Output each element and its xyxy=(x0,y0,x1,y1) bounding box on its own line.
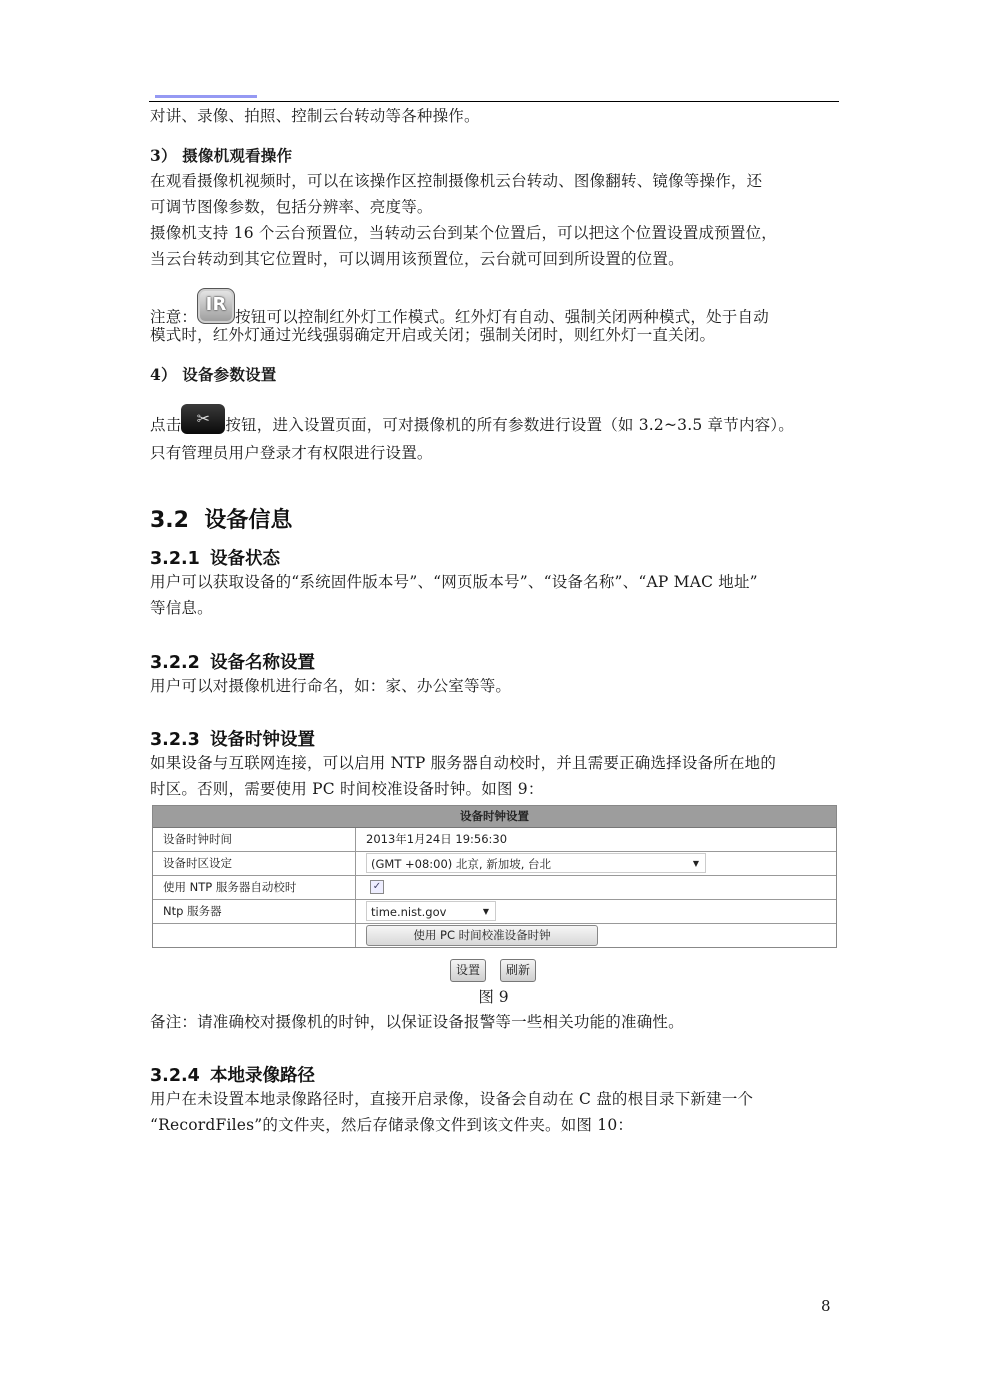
dropdown-arrow-icon: ▼ xyxy=(693,854,699,874)
set-button[interactable]: 设置 xyxy=(450,959,486,982)
section-3-2-title: 3.2 设备信息 xyxy=(150,503,292,534)
paragraph-line: 模式时，红外灯通过光线强弱确定开启或关闭；强制关闭时，则红外灯一直关闭。 xyxy=(150,322,715,348)
header-link-mark xyxy=(155,95,257,98)
section-title: 本地录像路径 xyxy=(210,1066,315,1086)
paragraph-line: 当云台转动到其它位置时，可以调用该预置位，云台就可回到所设置的位置。 xyxy=(150,246,684,272)
paragraph-line: 如果设备与互联网连接，可以启用 NTP 服务器自动校时，并且需要正确选择设备所在… xyxy=(150,750,776,776)
figure-title: 设备时钟设置 xyxy=(153,806,836,828)
row-label: 设备时区设定 xyxy=(153,852,356,875)
note-after-figure: 备注：请准确校对摄像机的时钟，以保证设备报警等一些相关功能的准确性。 xyxy=(150,1009,684,1035)
paragraph-line: “RecordFiles”的文件夹，然后存储录像文件到该文件夹。如图 10： xyxy=(150,1112,633,1138)
paragraph-line: 用户在未设置本地录像路径时，直接开启录像，设备会自动在 C 盘的根目录下新建一个 xyxy=(150,1086,753,1112)
ntp-server-value: time.nist.gov xyxy=(371,905,446,919)
settings-line: 点击✂按钮，进入设置页面，可对摄像机的所有参数进行设置（如 3.2~3.5 章节… xyxy=(150,408,794,438)
timezone-select[interactable]: (GMT +08:00) 北京, 新加坡, 台北 ▼ xyxy=(366,853,706,873)
table-row: 设备时钟时间 2013年1月24日 19:56:30 xyxy=(153,828,836,852)
section-3-2-2-title: 3.2.2设备名称设置 xyxy=(150,649,315,674)
paragraph-line: 等信息。 xyxy=(150,595,213,621)
section-3-heading: 3） 摄像机观看操作 xyxy=(150,143,292,169)
paragraph-line: 只有管理员用户登录才有权限进行设置。 xyxy=(150,440,433,466)
section-4-heading: 4） 设备参数设置 xyxy=(150,362,276,388)
section-title: 设备状态 xyxy=(210,549,280,569)
clock-settings-figure: 设备时钟设置 设备时钟时间 2013年1月24日 19:56:30 设备时区设定… xyxy=(152,805,837,948)
paragraph-line: 摄像机支持 16 个云台预置位，当转动云台到某个位置后，可以把这个位置设置成预置… xyxy=(150,220,777,246)
section-3-2-1-title: 3.2.1设备状态 xyxy=(150,545,280,570)
pc-time-sync-button[interactable]: 使用 PC 时间校准设备时钟 xyxy=(366,925,598,946)
ntp-checkbox[interactable]: ✓ xyxy=(370,880,384,894)
timezone-value: (GMT +08:00) 北京, 新加坡, 台北 xyxy=(371,857,551,871)
section-title: 设备时钟设置 xyxy=(210,730,315,750)
row-label: 使用 NTP 服务器自动校时 xyxy=(153,876,356,899)
section-number: 3.2.2 xyxy=(150,653,210,673)
section-3-2-3-title: 3.2.3设备时钟设置 xyxy=(150,726,315,751)
document-page: 对讲、录像、拍照、控制云台转动等各种操作。 3） 摄像机观看操作 在观看摄像机视… xyxy=(0,0,987,1396)
ntp-cell: ✓ xyxy=(356,876,836,899)
ntp-server-select[interactable]: time.nist.gov ▼ xyxy=(366,901,496,921)
settings-tools-icon: ✂ xyxy=(181,404,225,434)
section-title: 设备信息 xyxy=(204,508,292,533)
device-time-value: 2013年1月24日 19:56:30 xyxy=(356,828,836,851)
figure-caption: 图 9 xyxy=(0,985,987,1007)
paragraph-line: 可调节图像参数，包括分辨率、亮度等。 xyxy=(150,194,433,220)
section-number: 3.2.1 xyxy=(150,549,210,569)
section-number: 3.2.3 xyxy=(150,730,210,750)
timezone-cell: (GMT +08:00) 北京, 新加坡, 台北 ▼ xyxy=(356,852,836,875)
settings-text: 按钮，进入设置页面，可对摄像机的所有参数进行设置（如 3.2~3.5 章节内容）… xyxy=(225,416,794,434)
pc-sync-cell: 使用 PC 时间校准设备时钟 xyxy=(356,924,836,947)
table-row: 使用 NTP 服务器自动校时 ✓ xyxy=(153,876,836,900)
refresh-button[interactable]: 刷新 xyxy=(500,959,536,982)
table-row: 使用 PC 时间校准设备时钟 xyxy=(153,924,836,947)
ir-button-icon: IR xyxy=(197,288,235,324)
intro-line: 对讲、录像、拍照、控制云台转动等各种操作。 xyxy=(150,103,480,129)
ntp-server-cell: time.nist.gov ▼ xyxy=(356,900,836,923)
click-prefix: 点击 xyxy=(150,416,181,434)
table-row: 设备时区设定 (GMT +08:00) 北京, 新加坡, 台北 ▼ xyxy=(153,852,836,876)
table-row: Ntp 服务器 time.nist.gov ▼ xyxy=(153,900,836,924)
section-number: 3.2.4 xyxy=(150,1066,210,1086)
row-label xyxy=(153,924,356,947)
section-number: 3.2 xyxy=(150,508,189,533)
paragraph-line: 用户可以获取设备的“系统固件版本号”、“网页版本号”、“设备名称”、“AP MA… xyxy=(150,569,758,595)
section-title: 设备名称设置 xyxy=(210,653,315,673)
paragraph-line: 在观看摄像机视频时，可以在该操作区控制摄像机云台转动、图像翻转、镜像等操作，还 xyxy=(150,168,762,194)
dropdown-arrow-icon: ▼ xyxy=(483,902,489,922)
paragraph-line: 用户可以对摄像机进行命名，如：家、办公室等等。 xyxy=(150,673,511,699)
row-label: Ntp 服务器 xyxy=(153,900,356,923)
row-label: 设备时钟时间 xyxy=(153,828,356,851)
section-3-2-4-title: 3.2.4本地录像路径 xyxy=(150,1062,315,1087)
page-number: 8 xyxy=(821,1297,831,1315)
paragraph-line: 时区。否则，需要使用 PC 时间校准设备时钟。如图 9： xyxy=(150,776,544,802)
header-divider xyxy=(149,101,839,102)
figure-buttons: 设置 刷新 xyxy=(450,959,536,982)
